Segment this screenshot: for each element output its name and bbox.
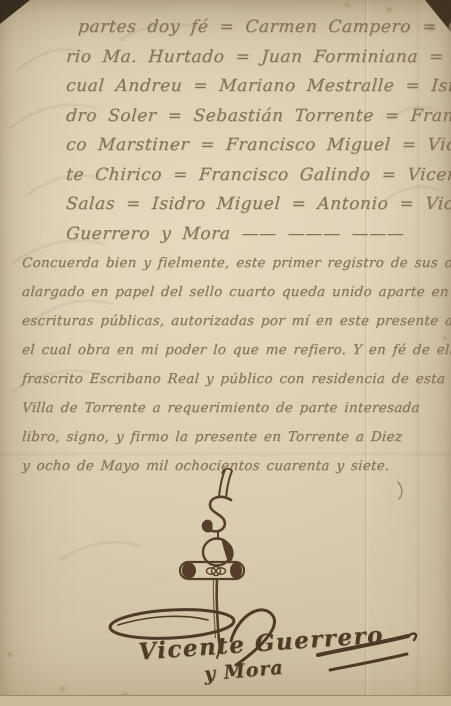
manuscript-line: rio Ma. Hurtado = Juan Forminiana = Pas- xyxy=(65,43,449,73)
manuscript-line: el cual obra en mi poder lo que me refie… xyxy=(21,336,445,365)
manuscript-line: libro, signo, y firmo la presente en Tor… xyxy=(21,423,445,452)
manuscript-line: co Marstiner = Francisco Miguel = Vicen- xyxy=(65,131,449,161)
manuscript-photo: partes doy fé = Carmen Campero = Grego- … xyxy=(0,0,451,706)
manuscript-line: Salas = Isidro Miguel = Antonio = Vicent… xyxy=(65,190,449,220)
manuscript-line: te Chirico = Francisco Galindo = Vicente xyxy=(65,161,449,191)
manuscript-line: dro Soler = Sebastián Torrente = Francis… xyxy=(65,102,449,132)
foxing-spot xyxy=(345,3,350,7)
manuscript-line: Concuerda bien y fielmente, este primer … xyxy=(21,249,445,278)
foxing-spot xyxy=(60,687,65,691)
manuscript-line: y ocho de Mayo mil ochocientos cuarenta … xyxy=(21,452,445,481)
manuscript-line: Guerrero y Mora —— ——— ——— xyxy=(65,220,449,250)
page-bottom-edge xyxy=(0,695,451,706)
notarial-attestation-paragraph: Concuerda bien y fielmente, este primer … xyxy=(22,249,444,481)
manuscript-line: alargado en papel del sello cuarto queda… xyxy=(21,278,445,307)
manuscript-line: cual Andreu = Mariano Mestralle = Isi- xyxy=(65,72,449,102)
witness-names-paragraph: partes doy fé = Carmen Campero = Grego- … xyxy=(66,13,448,249)
manuscript-line: Villa de Torrente a requerimiento de par… xyxy=(21,394,445,423)
manuscript-line: frascrito Escribano Real y público con r… xyxy=(21,365,445,394)
foxing-spot xyxy=(8,652,12,656)
manuscript-line: escrituras públicas, autorizadas por mí … xyxy=(21,307,445,336)
foxing-spot xyxy=(386,7,392,12)
manuscript-line: partes doy fé = Carmen Campero = Grego- xyxy=(65,13,449,43)
